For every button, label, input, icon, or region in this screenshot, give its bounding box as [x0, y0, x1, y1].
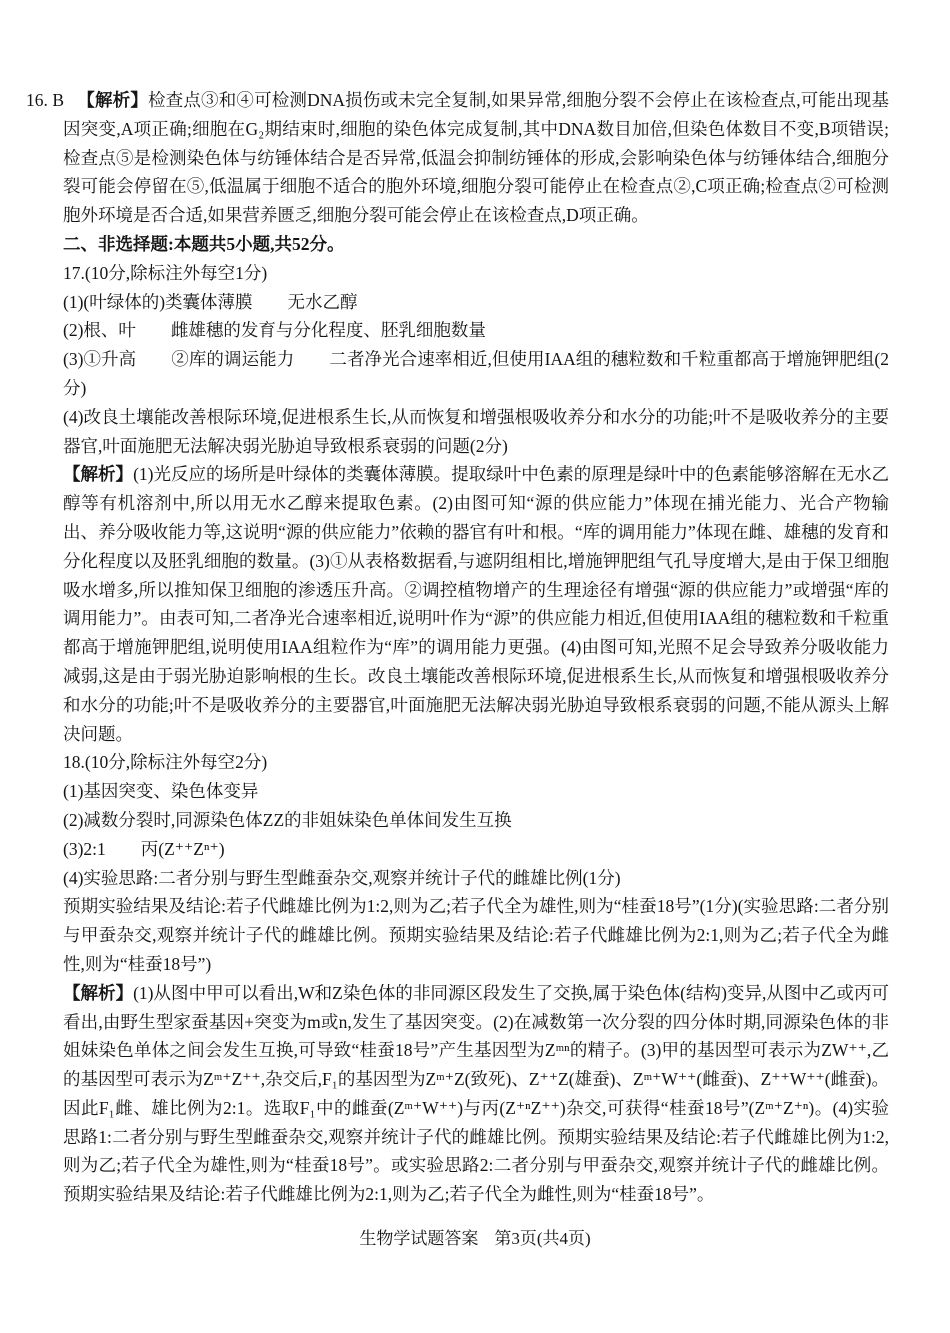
question-17-answer-4: (4)改良土壤能改善根际环境,促进根系生长,从而恢复和增强根吸收养分和水分的功能…	[63, 403, 889, 461]
question-18-analysis-text: (1)从图中甲可以看出,W和Z染色体的非同源区段发生了交换,属于染色体(结构)变…	[63, 983, 889, 1205]
question-17-answer-3: (3)①升高 ②库的调运能力 二者净光合速率相近,但使用IAA组的穗粒数和千粒重…	[63, 345, 889, 403]
analysis-label-17: 【解析】	[63, 464, 133, 484]
question-17-answer-2: (2)根、叶 雌雄穗的发育与分化程度、胚乳细胞数量	[63, 316, 889, 345]
question-17-answer-1: (1)(叶绿体的)类囊体薄膜 无水乙醇	[63, 288, 889, 317]
analysis-label-16: 【解析】	[77, 90, 148, 110]
footer-page-number: 第3页(共4页)	[494, 1229, 590, 1248]
question-18-answer-4: (4)实验思路:二者分别与野生型雌蚕杂交,观察并统计子代的雌雄比例(1分)	[63, 864, 889, 893]
footer-document-title: 生物学试题答案	[359, 1229, 478, 1248]
page-footer: 生物学试题答案第3页(共4页)	[0, 1224, 950, 1249]
analysis-label-18: 【解析】	[63, 983, 133, 1003]
question-17-heading: 17.(10分,除标注外每空1分)	[63, 259, 889, 288]
question-16-number-and-answer: 16. B	[26, 90, 64, 110]
document-body: 16. B【解析】检查点③和④可检测DNA损伤或未完全复制,如果异常,细胞分裂不…	[63, 86, 889, 1209]
question-16-answer-block: 16. B【解析】检查点③和④可检测DNA损伤或未完全复制,如果异常,细胞分裂不…	[63, 86, 889, 230]
question-18-answer-2: (2)减数分裂时,同源染色体ZZ的非姐妹染色单体间发生互换	[63, 806, 889, 835]
question-18-answer-1: (1)基因突变、染色体变异	[63, 777, 889, 806]
question-17-analysis-text: (1)光反应的场所是叶绿体的类囊体薄膜。提取绿叶中色素的原理是绿叶中的色素能够溶…	[63, 464, 889, 743]
question-17-analysis-block: 【解析】(1)光反应的场所是叶绿体的类囊体薄膜。提取绿叶中色素的原理是绿叶中的色…	[63, 460, 889, 748]
answer-sheet-page: 16. B【解析】检查点③和④可检测DNA损伤或未完全复制,如果异常,细胞分裂不…	[0, 0, 950, 1333]
question-16-analysis-text: 检查点③和④可检测DNA损伤或未完全复制,如果异常,细胞分裂不会停止在该检查点,…	[63, 90, 889, 225]
question-18-heading: 18.(10分,除标注外每空2分)	[63, 748, 889, 777]
section-2-header: 二、非选择题:本题共5小题,共52分。	[63, 230, 889, 259]
question-18-answer-4-expected-results: 预期实验结果及结论:若子代雌雄比例为1:2,则为乙;若子代全为雄性,则为“桂蚕1…	[63, 892, 889, 978]
question-18-answer-3: (3)2:1 丙(Z⁺⁺Zⁿ⁺)	[63, 835, 889, 864]
question-18-analysis-block: 【解析】(1)从图中甲可以看出,W和Z染色体的非同源区段发生了交换,属于染色体(…	[63, 979, 889, 1209]
